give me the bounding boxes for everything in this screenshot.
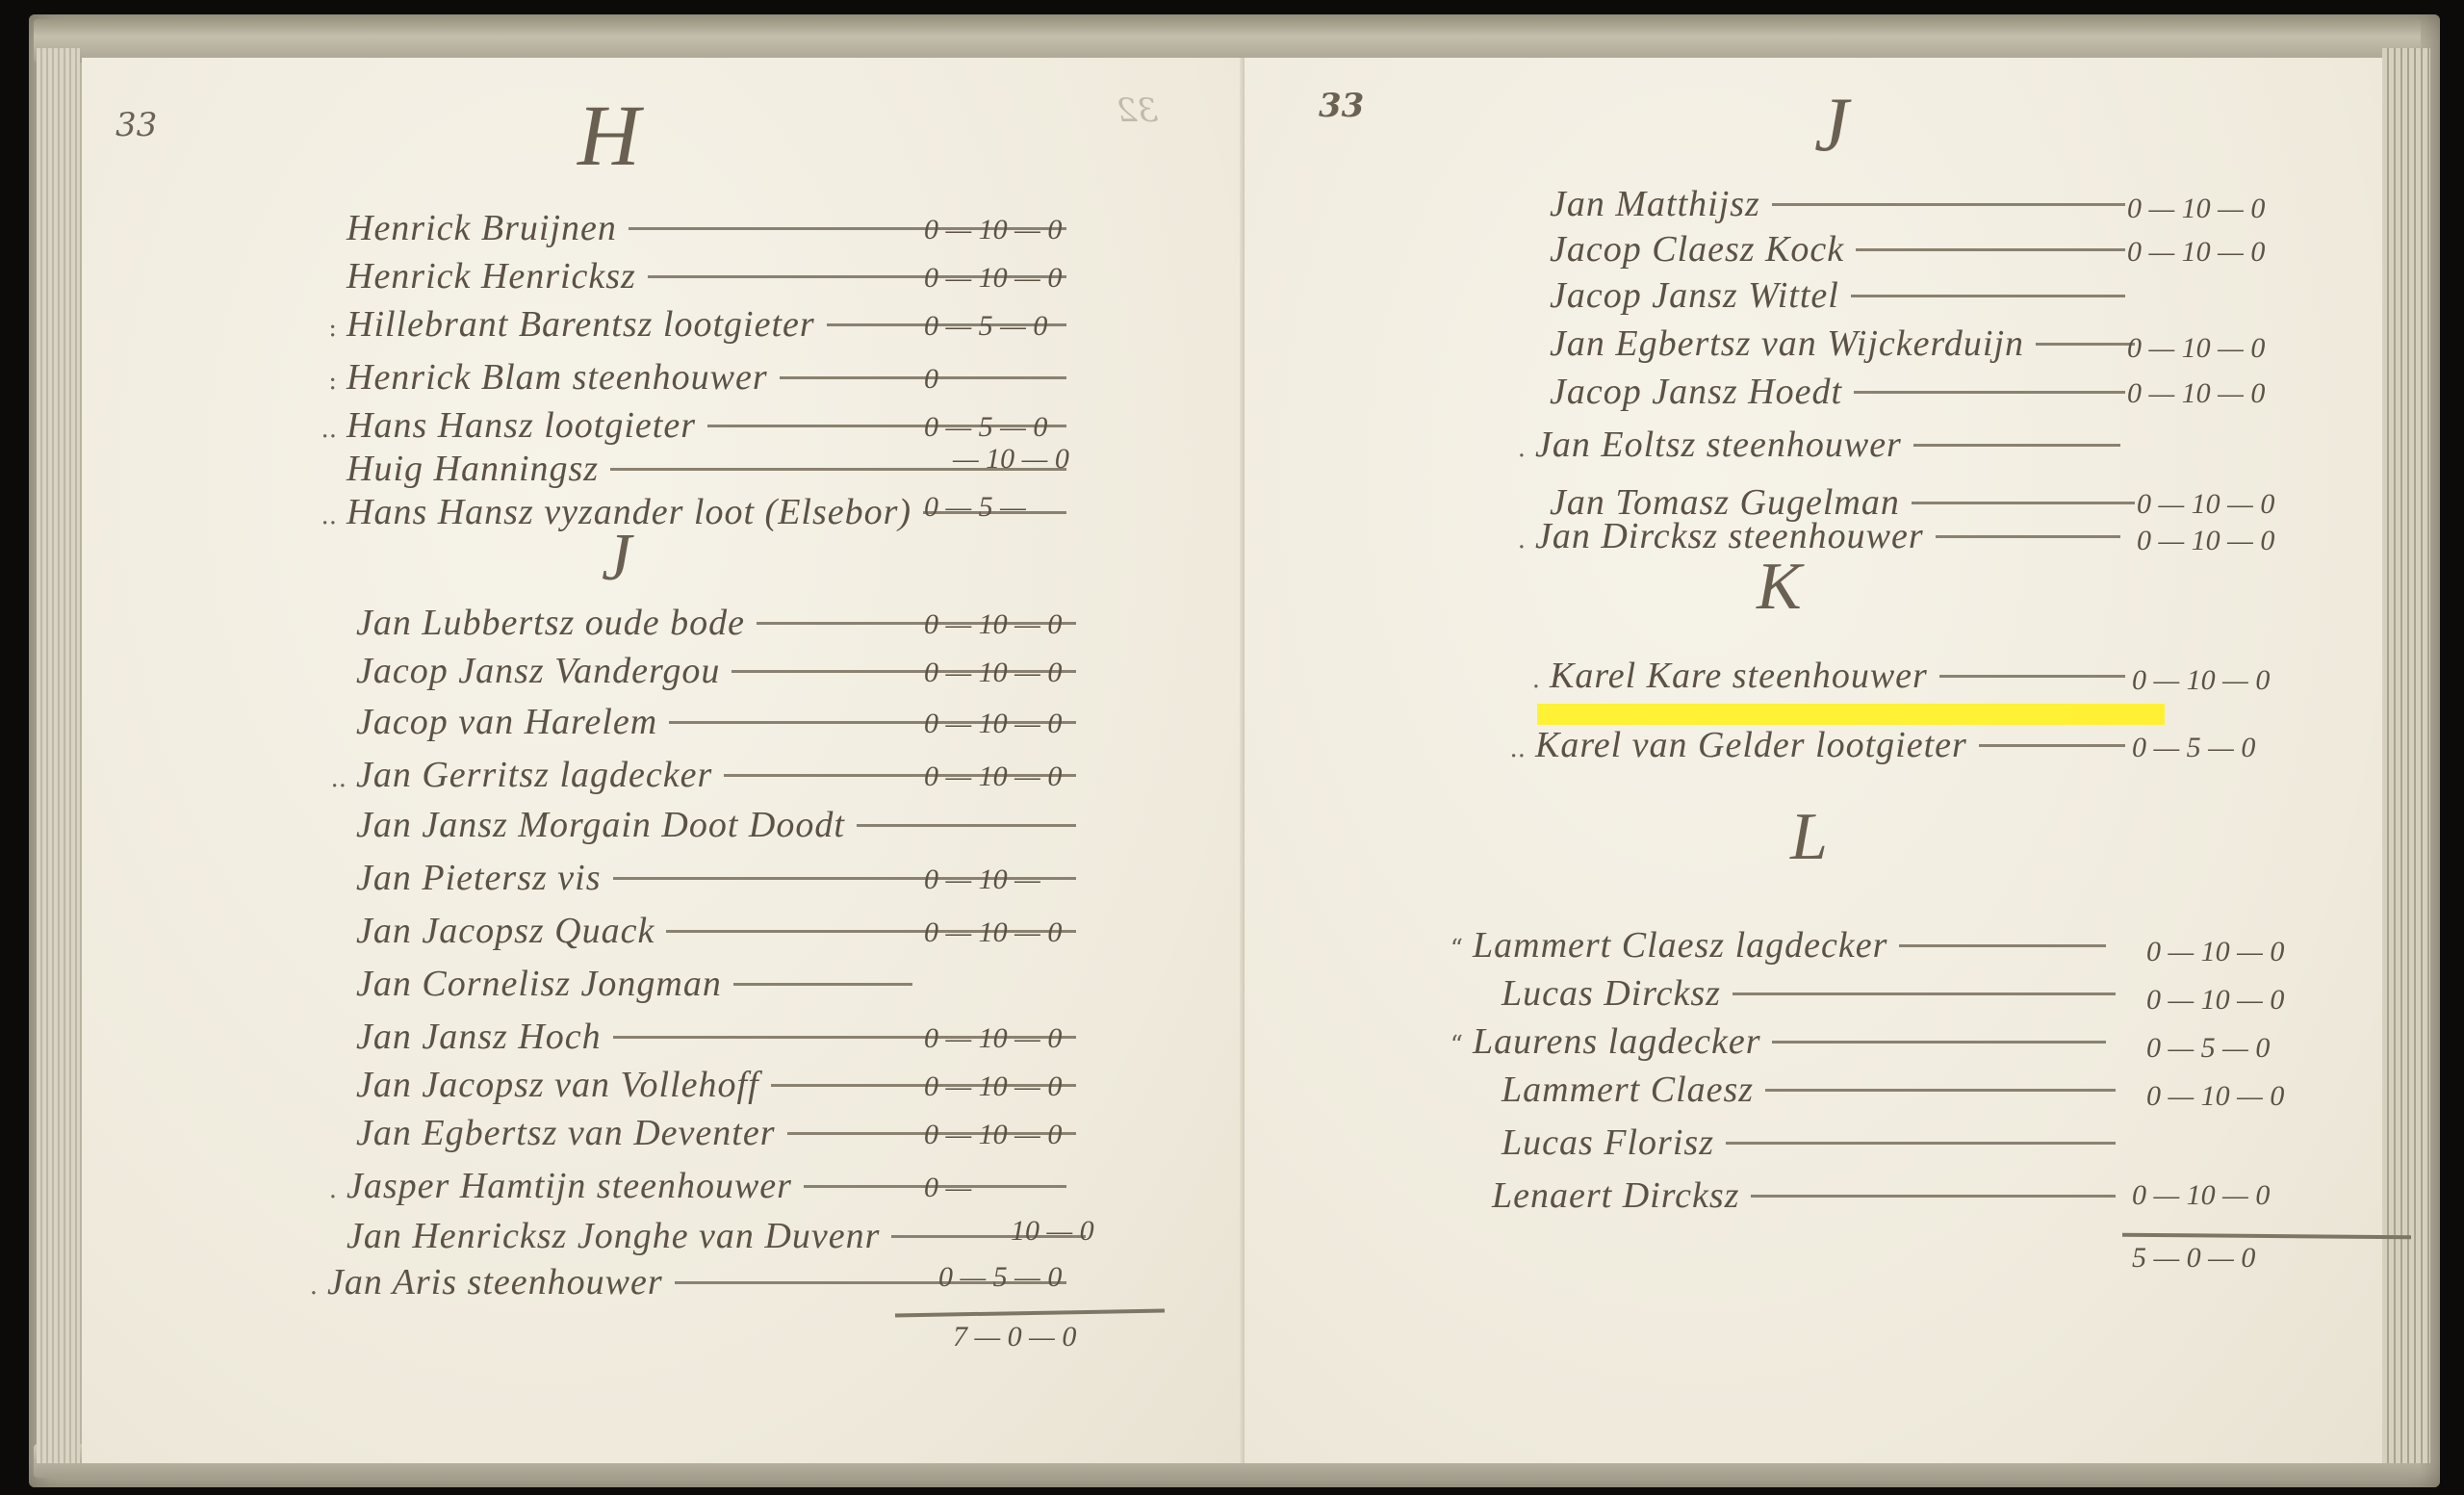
book-top-edge xyxy=(34,19,2421,63)
entry-amount: 0 — 10 — 0 xyxy=(2137,525,2274,557)
entry-amount: 0 — 5 — 0 xyxy=(938,1261,1062,1294)
entry-amount: 0 — 5 — 0 xyxy=(2146,1032,2270,1065)
entry-amount: 0 — 10 — xyxy=(924,863,1040,896)
ledger-entry: Lucas Florisz xyxy=(1463,1121,2127,1168)
section-letter-h: H xyxy=(577,87,640,186)
entry-amount: 0 — 10 — 0 xyxy=(924,916,1062,949)
entry-amount: 0 — 10 — 0 xyxy=(2127,332,2265,365)
ledger-entry: Jacop Jansz Wittel xyxy=(1511,274,2137,321)
ledger-entry: Jan Henricksz Jonghe van Duvenr xyxy=(308,1215,1097,1261)
ledger-entry: Lammert Claesz xyxy=(1463,1069,2127,1115)
entry-amount: 0 — 10 — 0 xyxy=(924,1119,1062,1151)
entry-amount: 0 — 10 — 0 xyxy=(2127,236,2265,269)
ledger-entry-highlighted: .Karel Kare steenhouwer xyxy=(1511,655,2137,701)
entry-amount: 0 — 5 — 0 xyxy=(924,310,1047,343)
entry-amount: 0 — 10 — 0 xyxy=(2146,984,2284,1017)
entry-amount: 0 — 10 — 0 xyxy=(924,760,1062,793)
entry-amount: 10 — 0 xyxy=(1011,1215,1094,1248)
right-folio-number: 33 xyxy=(1319,87,1364,125)
page-edges-left xyxy=(37,48,80,1463)
section-letter-k: K xyxy=(1757,549,1802,626)
ledger-entry: .Jan Eoltsz steenhouwer xyxy=(1497,424,2132,470)
entry-amount: 0 — 10 — 0 xyxy=(924,1070,1062,1103)
entry-amount: 0 — 10 — 0 xyxy=(2132,1179,2270,1212)
ledger-entry: “Laurens lagdecker xyxy=(1434,1020,2117,1067)
entry-amount: 0 — 10 — 0 xyxy=(2127,377,2265,410)
entry-amount: 0 — 5 — xyxy=(924,491,1026,524)
ledger-entry: Jan Matthijsz xyxy=(1511,183,2137,229)
left-folio-number: 33 xyxy=(115,106,157,144)
ledger-entry: Jan Cornelisz Jongman xyxy=(318,963,924,1009)
entry-amount: 0 — 10 — 0 xyxy=(924,1022,1062,1055)
page-total: 7 — 0 — 0 xyxy=(953,1321,1076,1353)
entry-amount: 0 — 10 — 0 xyxy=(2146,1080,2284,1113)
section-letter-j: J xyxy=(602,520,631,597)
page-total: 5 — 0 — 0 xyxy=(2132,1242,2255,1275)
entry-amount: 0 — 10 — 0 xyxy=(924,608,1062,641)
entry-amount: 0 — 10 — 0 xyxy=(924,708,1062,740)
ledger-entry: ..Karel van Gelder lootgieter xyxy=(1497,724,2137,770)
entry-amount: 0 — 10 — 0 xyxy=(2127,193,2265,225)
entry-amount: 0 — 10 — 0 xyxy=(2146,936,2284,968)
ledger-entry: Lenaert Dircksz xyxy=(1453,1174,2127,1221)
ledger-entry: :Henrick Blam steenhouwer xyxy=(308,356,1078,402)
page-edges-right xyxy=(2382,48,2430,1463)
entry-amount: 0 — 10 — 0 xyxy=(2137,488,2274,521)
section-letter-j: J xyxy=(1814,82,1849,169)
entry-amount: 0 — 10 — 0 xyxy=(924,657,1062,689)
entry-amount: — 10 — 0 xyxy=(953,443,1069,476)
faint-bleedthrough-folio: 32 xyxy=(1116,91,1158,130)
ledger-entry: Lucas Dircksz xyxy=(1463,972,2127,1018)
entry-amount: 0 — 10 — 0 xyxy=(2132,664,2270,697)
section-letter-l: L xyxy=(1790,799,1828,876)
entry-amount: 0 — 10 — 0 xyxy=(924,214,1062,246)
ledger-entry: Jan Egbertsz van Wijckerduijn xyxy=(1511,322,2146,369)
ledger-entry: “Lammert Claesz lagdecker xyxy=(1434,924,2117,970)
entry-amount: 0 — 10 — 0 xyxy=(924,262,1062,295)
entry-amount: 0 — 5 — 0 xyxy=(924,411,1047,444)
ledger-entry: Jacop Jansz Hoedt xyxy=(1511,371,2137,417)
entry-amount: 0 xyxy=(924,363,938,396)
ledger-entry: Jacop Claesz Kock xyxy=(1511,228,2137,274)
entry-amount: 0 — 5 — 0 xyxy=(2132,732,2255,764)
ledger-entry: .Jan Dircksz steenhouwer xyxy=(1497,515,2132,561)
yellow-highlight-mark xyxy=(1537,704,2165,725)
entry-amount: 0 — xyxy=(924,1172,971,1204)
ledger-entry: Jan Jansz Morgain Doot Doodt xyxy=(318,804,1088,850)
